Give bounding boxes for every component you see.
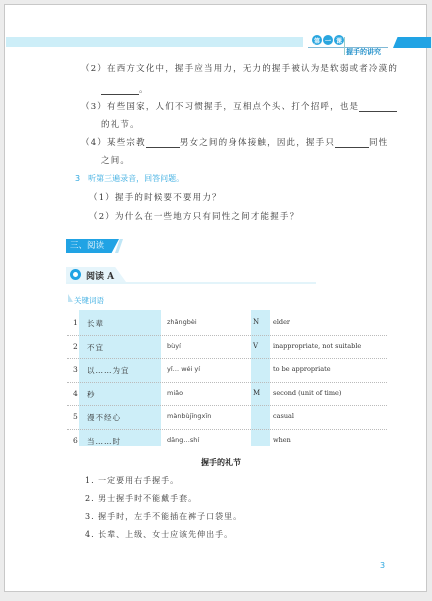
- page-number: 3: [380, 561, 385, 570]
- vocab-english: to be appropriate: [273, 365, 331, 373]
- header-tab-decoration: [393, 37, 431, 48]
- exercise-item-3: （3）有些国家，人们不习惯握手，互相点个头、打个招呼，也是: [81, 100, 397, 112]
- vocab-english: inappropriate, not suitable: [273, 342, 361, 350]
- vocab-pinyin: bùyí: [167, 342, 181, 350]
- reading-user-icon: [70, 269, 81, 280]
- vocab-english: casual: [273, 412, 294, 420]
- vocab-row: 3 以……为宜 yǐ… wéi yí to be appropriate: [67, 359, 387, 383]
- item-text: 某些宗教: [107, 138, 146, 148]
- answer-blank[interactable]: [101, 85, 139, 95]
- vocab-word: 当……时: [87, 436, 121, 447]
- lesson-badge-char: 一: [323, 35, 333, 45]
- vocab-word: 长辈: [87, 318, 104, 329]
- vocab-pos: V: [253, 342, 258, 350]
- vocab-num: 2: [73, 342, 78, 351]
- item-text: 。: [139, 85, 149, 95]
- vocab-word: 漫不经心: [87, 412, 121, 423]
- reading-title: 阅读 A: [86, 269, 114, 282]
- vocab-english: when: [273, 436, 291, 444]
- exercise-item-3-line2: 的礼节。: [101, 118, 140, 130]
- exercise-item-4: （4）某些宗教男女之间的身体接触，因此，握手只同性: [81, 136, 388, 148]
- vocab-pinyin: dāng…shí: [167, 436, 199, 444]
- vocab-pinyin: miǎo: [167, 389, 183, 397]
- reading-rule: [66, 282, 316, 284]
- header-divider: [344, 37, 345, 55]
- vocab-num: 1: [73, 318, 78, 327]
- vocab-row: 1 长辈 zhǎngbèi N elder: [67, 312, 387, 336]
- article-line: 2. 男士握手时不能戴手套。: [85, 493, 197, 504]
- vocab-row: 2 不宜 bùyí V inappropriate, not suitable: [67, 336, 387, 360]
- vocab-pinyin: yǐ… wéi yí: [167, 365, 200, 373]
- vocab-num: 6: [73, 436, 78, 445]
- item-label: （2）: [89, 212, 115, 222]
- vocab-word: 不宜: [87, 342, 104, 353]
- answer-blank[interactable]: [146, 138, 180, 148]
- vocab-pos: M: [253, 389, 260, 397]
- item-label: （4）: [81, 138, 107, 148]
- answer-blank[interactable]: [359, 102, 397, 112]
- vocab-english: second (unit of time): [273, 389, 341, 397]
- exercise-item-2: （2）在西方文化中，握手应当用力，无力的握手被认为是软弱或者冷漠的: [81, 62, 398, 74]
- vocab-english: elder: [273, 318, 290, 326]
- exercise-item-4-line2: 之间。: [101, 154, 130, 166]
- vocab-pinyin: zhǎngbèi: [167, 318, 197, 326]
- vocab-table: 1 长辈 zhǎngbèi N elder 2 不宜 bùyí V inappr…: [67, 312, 387, 452]
- item-text: 男女之间的身体接触，因此，握手只: [180, 138, 335, 148]
- vocab-num: 5: [73, 412, 78, 421]
- lesson-badge-char: 课: [334, 35, 344, 45]
- item-label: （2）: [81, 64, 107, 74]
- exercise-3-title: 3听第三遍录音，回答问题。: [75, 173, 184, 184]
- item-text: 握手的时候要不要用力？: [115, 193, 222, 203]
- vocab-row: 5 漫不经心 mànbùjīngxīn casual: [67, 406, 387, 430]
- item-text: 为什么在一些地方只有同性之间才能握手？: [115, 212, 299, 222]
- item-text: 在西方文化中，握手应当用力，无力的握手被认为是软弱或者冷漠的: [107, 64, 398, 74]
- item-text: 有些国家，人们不习惯握手，互相点个头、打个招呼，也是: [107, 102, 359, 112]
- vocab-num: 4: [73, 389, 78, 398]
- section-banner: 三、阅读: [66, 239, 119, 253]
- item-label: （3）: [81, 102, 107, 112]
- exercise-number: 3: [75, 174, 80, 183]
- lesson-badge: 第 一 课: [312, 35, 344, 45]
- vocab-pos: N: [253, 318, 259, 326]
- header-band: [6, 37, 303, 47]
- vocab-row: 4 秒 miǎo M second (unit of time): [67, 383, 387, 407]
- item-text: 同性: [369, 138, 388, 148]
- question-2: （2）为什么在一些地方只有同性之间才能握手？: [89, 210, 299, 222]
- article-line: 1. 一定要用右手握手。: [85, 475, 179, 486]
- exercise-instruction: 听第三遍录音，回答问题。: [88, 174, 184, 183]
- article-line: 3. 握手时，左手不能插在裤子口袋里。: [85, 511, 242, 522]
- lesson-title: 握手的讲究: [346, 47, 381, 57]
- answer-blank[interactable]: [335, 138, 369, 148]
- item-label: （1）: [89, 193, 115, 203]
- vocab-num: 3: [73, 365, 78, 374]
- lesson-badge-char: 第: [312, 35, 322, 45]
- article-title: 握手的礼节: [201, 457, 241, 468]
- keywords-title: 关键词语: [74, 295, 104, 306]
- exercise-item-2-line2: 。: [101, 83, 149, 95]
- triangle-icon: [68, 294, 73, 302]
- vocab-row: 6 当……时 dāng…shí when: [67, 430, 387, 453]
- vocab-word: 秒: [87, 389, 96, 400]
- question-1: （1）握手的时候要不要用力？: [89, 191, 222, 203]
- article-line: 4. 长辈、上级、女士应该先伸出手。: [85, 529, 233, 540]
- vocab-pinyin: mànbùjīngxīn: [167, 412, 211, 420]
- textbook-page: 第 一 课 握手的讲究 （2）在西方文化中，握手应当用力，无力的握手被认为是软弱…: [4, 4, 427, 592]
- vocab-word: 以……为宜: [87, 365, 130, 376]
